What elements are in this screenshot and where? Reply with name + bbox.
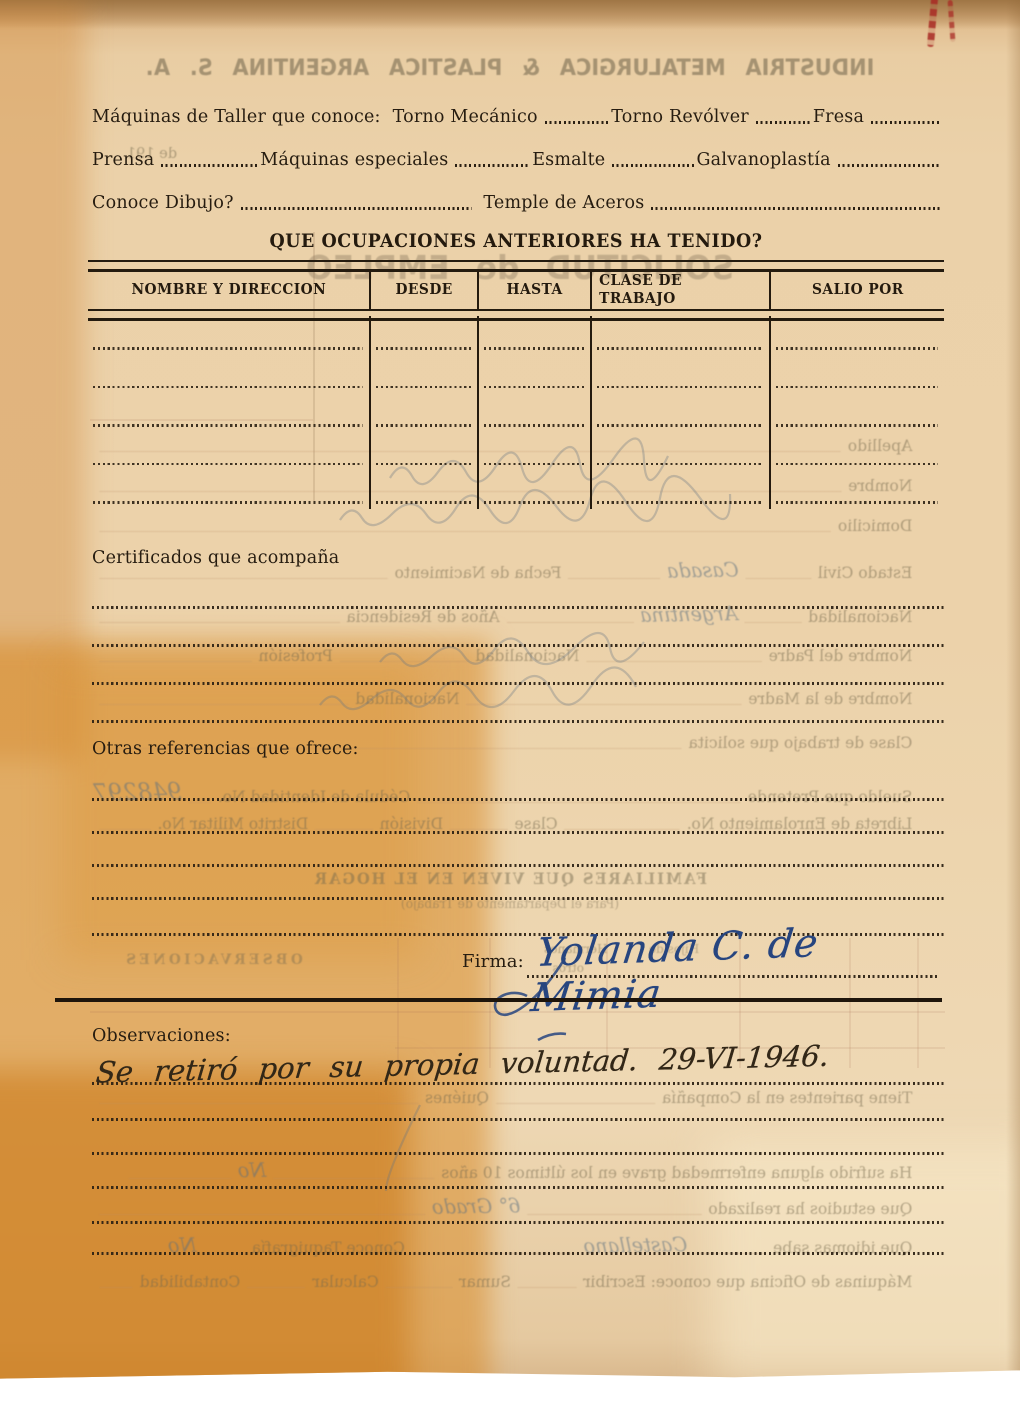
table-cell-empty — [477, 355, 589, 394]
table-cell-empty — [88, 393, 369, 432]
writing-line — [92, 644, 946, 647]
field-label-torno-mecanico: Torno Mecánico — [393, 107, 538, 127]
field-label-esmalte: Esmalte — [532, 150, 605, 170]
field-label-fresa: Fresa — [813, 107, 864, 127]
scanned-employment-form-back: INDUSTRIA METALURGICA & PLASTICA ARGENTI… — [0, 0, 1020, 1404]
dotted-answer-space — [161, 164, 257, 167]
dotted-answer-space — [455, 164, 529, 167]
table-cell-empty — [477, 432, 589, 471]
field-label-prensa: Prensa — [92, 150, 154, 170]
table-cell-empty — [769, 316, 944, 355]
column-header-salio-por: SALIO POR — [769, 269, 944, 309]
field-label-temple-aceros: Temple de Aceros — [483, 193, 644, 213]
machines-line-3: Conoce Dibujo? Temple de Aceros — [92, 193, 944, 213]
table-cell-empty — [590, 393, 770, 432]
table-cell-empty — [590, 316, 770, 355]
observations-label: Observaciones: — [92, 1026, 231, 1046]
writing-line — [92, 1118, 946, 1121]
table-cell-empty — [369, 470, 478, 509]
table-cell-empty — [769, 432, 944, 471]
left-edge-stain — [0, 0, 85, 760]
table-cell-empty — [369, 355, 478, 394]
dotted-answer-space — [756, 121, 810, 124]
red-ink-mark — [927, 0, 938, 47]
writing-line — [92, 682, 946, 685]
dotted-answer-space — [545, 121, 609, 124]
writing-line — [92, 1152, 946, 1155]
paper-sheet: INDUSTRIA METALURGICA & PLASTICA ARGENTI… — [0, 0, 1020, 1380]
table-cell-empty — [369, 393, 478, 432]
right-edge-shadow — [1006, 0, 1020, 1380]
dotted-answer-space — [651, 207, 941, 210]
ghost-row-maquinas-oficina: Máquinas de Oficina que conoce: Escribir… — [93, 1272, 913, 1291]
writing-line — [92, 1082, 946, 1085]
table-cell-empty — [477, 316, 589, 355]
table-cell-empty — [88, 470, 369, 509]
column-header-nombre-direccion: NOMBRE Y DIRECCION — [88, 269, 369, 309]
writing-line — [92, 1252, 946, 1255]
ghost-row-estudios: Que estudios ha realizado 6° Grado — [93, 1194, 913, 1218]
dotted-answer-space — [241, 207, 473, 210]
references-label: Otras referencias que ofrece: — [92, 739, 359, 759]
orange-stain-bottom — [0, 1070, 410, 1380]
writing-line — [92, 897, 946, 900]
field-label-maquinas-taller: Máquinas de Taller que conoce: — [92, 107, 381, 127]
field-label-torno-revolver: Torno Revólver — [611, 107, 749, 127]
certificates-label: Certificados que acompaña — [92, 548, 339, 568]
dotted-answer-space — [838, 164, 941, 167]
solid-divider — [55, 998, 942, 1002]
writing-line — [92, 720, 946, 723]
ghost-row-sueldo-cedula: Sueldo que Pretende Cédula de Identidad … — [93, 778, 913, 806]
table-cell-empty — [477, 393, 589, 432]
column-header-desde: DESDE — [369, 269, 478, 309]
table-cell-empty — [88, 355, 369, 394]
table-cell-empty — [769, 355, 944, 394]
ghost-row-madre: Nombre de la Madre Nacionalidad — [93, 689, 913, 708]
ghost-row-domicilio: Domicilio — [93, 516, 913, 535]
writing-line — [92, 864, 946, 867]
field-label-galvanoplastia: Galvanoplastía — [697, 150, 831, 170]
previous-occupations-table: NOMBRE Y DIRECCION DESDE HASTA CLASE DE … — [88, 260, 944, 508]
writing-line — [92, 1186, 946, 1189]
signature-label: Firma: — [462, 951, 524, 972]
writing-line — [92, 831, 946, 834]
table-cell-empty — [369, 316, 478, 355]
dotted-answer-space — [871, 121, 941, 124]
writing-line — [92, 1221, 946, 1224]
table-body — [88, 316, 944, 509]
table-cell-empty — [590, 470, 770, 509]
ghost-row-padre: Nombre del Padre Nacionalidad Profesión — [93, 646, 913, 665]
table-cell-empty — [477, 470, 589, 509]
writing-line — [92, 798, 946, 801]
table-cell-empty — [369, 432, 478, 471]
ghost-observaciones-header: OBSERVACIONES — [123, 952, 303, 968]
ghost-familiares-title: FAMILIARES QUE VIVEN EN EL HOGAR — [168, 869, 852, 888]
table-cell-empty — [769, 470, 944, 509]
table-header-row: NOMBRE Y DIRECCION DESDE HASTA CLASE DE … — [88, 269, 944, 309]
top-edge-shadow — [0, 0, 1020, 30]
table-cell-empty — [590, 432, 770, 471]
table-cell-empty — [769, 393, 944, 432]
ghost-row-parientes: Tiene parientes en la Compañía Quiénes — [93, 1088, 913, 1107]
table-cell-empty — [88, 316, 369, 355]
ghost-company-header: INDUSTRIA METALURGICA & PLASTICA ARGENTI… — [111, 56, 909, 81]
occupations-section-title: QUE OCUPACIONES ANTERIORES HA TENIDO? — [88, 230, 943, 252]
writing-line — [92, 606, 946, 609]
signature-handwriting: Yolanda C. de Mimia — [529, 917, 940, 1021]
ghost-row-enfermedad: Ha sufrido alguna enfermedad grave en lo… — [93, 1158, 913, 1182]
field-label-conoce-dibujo: Conoce Dibujo? — [92, 193, 234, 213]
machines-line-1: Máquinas de Taller que conoce: Torno Mec… — [92, 107, 944, 127]
machines-line-2: Prensa Máquinas especiales Esmalte Galva… — [92, 150, 944, 170]
table-cell-empty — [590, 355, 770, 394]
field-label-maquinas-especiales: Máquinas especiales — [260, 150, 448, 170]
table-cell-empty — [88, 432, 369, 471]
column-header-hasta: HASTA — [477, 269, 589, 309]
column-header-clase-trabajo: CLASE DE TRABAJO — [590, 269, 770, 309]
dotted-answer-space — [612, 164, 693, 167]
red-ink-mark — [948, 0, 956, 42]
